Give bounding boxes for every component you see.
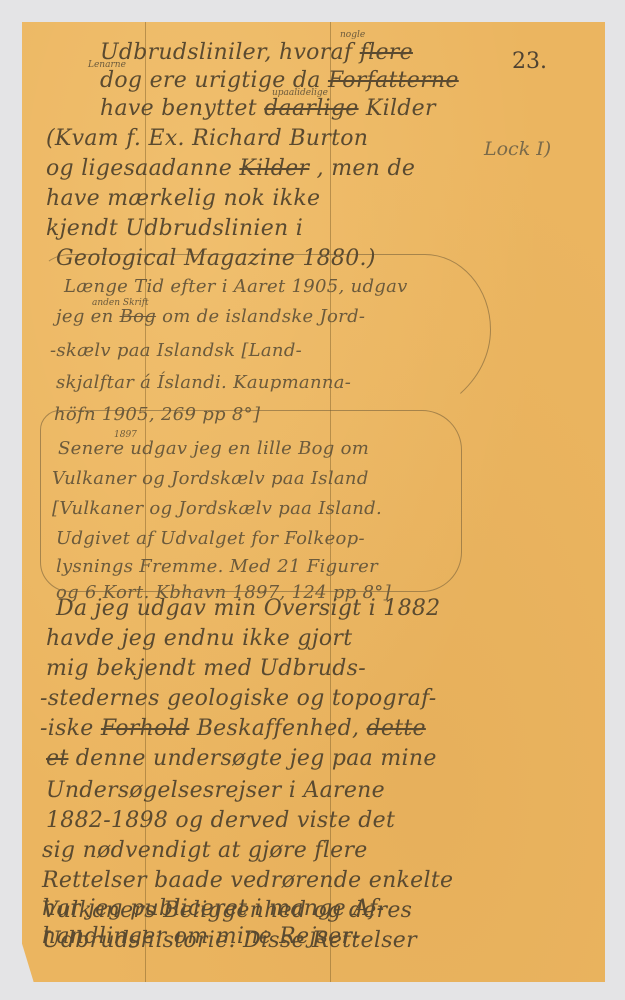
manuscript-line: skjalftar á Íslandi. Kaupmanna- xyxy=(56,372,351,393)
manuscript-line: Senere udgav jeg en lille Bog om xyxy=(58,438,369,459)
line-text: jeg en xyxy=(56,306,114,327)
margin-note: Lock I) xyxy=(484,138,551,160)
manuscript-line: sig nødvendigt at gjøre flere xyxy=(42,838,368,863)
line-text: Rettelser baade vedrørende enkelte xyxy=(42,868,453,893)
manuscript-line: mig bekjendt med Udbruds- xyxy=(46,656,366,681)
manuscript-line: -iske Forhold Beskaffenhed, dette xyxy=(40,716,426,741)
line-text: har jeg publiceret i mange Af- xyxy=(42,896,384,921)
line-text: Længe Tid efter i Aaret 1905, udgav xyxy=(64,276,408,297)
struck-word: dette xyxy=(367,716,426,741)
line-text: Beskaffenhed, xyxy=(197,716,360,741)
interlinear-insert: upaalidelige xyxy=(272,88,328,98)
manuscript-line: handlinger om mine Rejser- xyxy=(42,924,360,949)
line-text: , men de xyxy=(317,156,416,181)
line-text: om de islandske Jord- xyxy=(162,306,365,327)
manuscript-line: have benyttet daarlige Kilder xyxy=(100,96,436,121)
manuscript-line: Vulkaner og Jordskælv paa Island xyxy=(52,468,369,489)
line-text: -stedernes geologiske og topograf- xyxy=(40,686,437,711)
interlinear-insert: anden Skrift xyxy=(92,298,149,308)
line-text: [Vulkaner og Jordskælv paa Island. xyxy=(52,498,382,519)
interlinear-insert: Lenarne xyxy=(88,60,126,70)
line-text: höfn 1905, 269 pp 8°] xyxy=(54,404,260,425)
manuscript-line: Rettelser baade vedrørende enkelte xyxy=(42,868,453,893)
struck-word: flere xyxy=(360,40,413,65)
line-text: handlinger om mine Rejser- xyxy=(42,924,360,949)
line-text: Kilder xyxy=(366,96,436,121)
line-text: Udbrudsliniler, hvoraf xyxy=(100,40,352,65)
manuscript-line: 1882-1898 og derved viste det xyxy=(46,808,395,833)
page-number: 23. xyxy=(512,49,547,74)
interlinear-insert: 1897 xyxy=(114,430,137,440)
interlinear-insert: nogle xyxy=(340,30,365,40)
struck-word: et xyxy=(46,746,68,771)
line-text: Da jeg udgav min Oversigt i 1882 xyxy=(56,596,440,621)
line-text: -iske xyxy=(40,716,94,741)
line-text: have mærkelig nok ikke xyxy=(46,186,320,211)
manuscript-line: kjendt Udbrudslinien i xyxy=(46,216,303,241)
manuscript-line: Udbrudsliniler, hvoraf flere xyxy=(100,40,413,65)
line-text: lysnings Fremme. Med 21 Figurer xyxy=(56,556,378,577)
line-text: -skælv paa Islandsk [Land- xyxy=(50,340,302,361)
manuscript-line: [Vulkaner og Jordskælv paa Island. xyxy=(52,498,382,519)
manuscript-line: (Kvam f. Ex. Richard Burton xyxy=(46,126,368,151)
line-text: 1882-1898 og derved viste det xyxy=(46,808,395,833)
manuscript-line: Da jeg udgav min Oversigt i 1882 xyxy=(56,596,440,621)
struck-word: Kilder xyxy=(239,156,309,181)
manuscript-line: have mærkelig nok ikke xyxy=(46,186,320,211)
line-text: skjalftar á Íslandi. Kaupmanna- xyxy=(56,372,351,393)
struck-word: Forhold xyxy=(101,716,189,741)
line-text: Udgivet af Udvalget for Folkeop- xyxy=(56,528,365,549)
line-text: Senere udgav jeg en lille Bog om xyxy=(58,438,369,459)
manuscript-line: Undersøgelsesrejser i Aarene xyxy=(46,778,385,803)
line-text: Vulkaner og Jordskælv paa Island xyxy=(52,468,369,489)
manuscript-line: Udgivet af Udvalget for Folkeop- xyxy=(56,528,365,549)
line-text: denne undersøgte jeg paa mine xyxy=(76,746,437,771)
manuscript-line: -skælv paa Islandsk [Land- xyxy=(50,340,302,361)
line-text: Geological Magazine 1880.) xyxy=(56,246,376,271)
line-text: og ligesaadanne xyxy=(46,156,232,181)
line-text: sig nødvendigt at gjøre flere xyxy=(42,838,368,863)
struck-word: Forfatterne xyxy=(328,68,459,93)
manuscript-line: et denne undersøgte jeg paa mine xyxy=(46,746,437,771)
manuscript-line: Geological Magazine 1880.) xyxy=(56,246,376,271)
struck-word: Bog xyxy=(120,306,157,327)
line-text: have benyttet xyxy=(100,96,257,121)
manuscript-line: -stedernes geologiske og topograf- xyxy=(40,686,437,711)
line-text: havde jeg endnu ikke gjort xyxy=(46,626,352,651)
manuscript-line: lysnings Fremme. Med 21 Figurer xyxy=(56,556,378,577)
line-text: kjendt Udbrudslinien i xyxy=(46,216,303,241)
manuscript-line: og ligesaadanne Kilder , men de xyxy=(46,156,415,181)
manuscript-line: Længe Tid efter i Aaret 1905, udgav xyxy=(64,276,408,297)
struck-word: daarlige xyxy=(264,96,358,121)
manuscript-line: havde jeg endnu ikke gjort xyxy=(46,626,352,651)
manuscript-line: har jeg publiceret i mange Af- xyxy=(42,896,384,921)
manuscript-sheet: 23. Lock I) Udbrudsliniler, hvoraf flere… xyxy=(22,22,605,982)
manuscript-line: jeg en Bog om de islandske Jord- xyxy=(56,306,365,327)
line-text: (Kvam f. Ex. Richard Burton xyxy=(46,126,368,151)
manuscript-line: höfn 1905, 269 pp 8°] xyxy=(54,404,260,425)
line-text: mig bekjendt med Udbruds- xyxy=(46,656,366,681)
line-text: Undersøgelsesrejser i Aarene xyxy=(46,778,385,803)
